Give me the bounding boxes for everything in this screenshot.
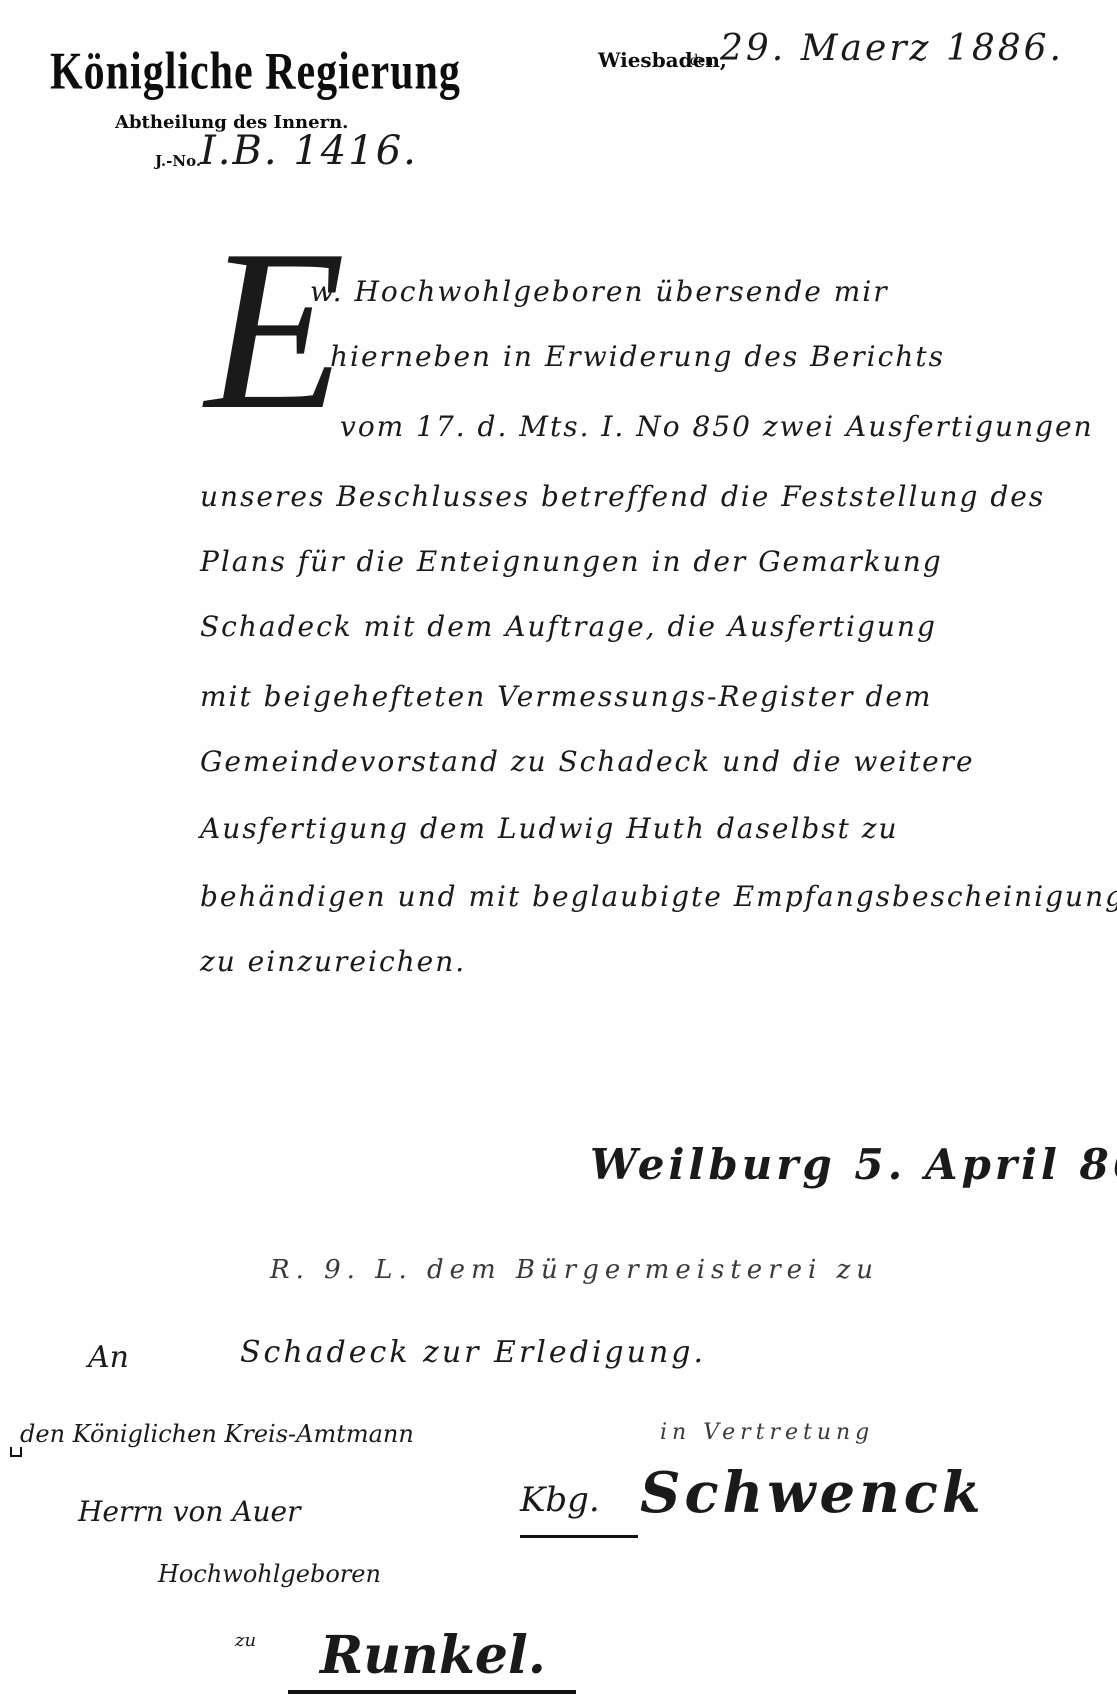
body-line: Gemeindevorstand zu Schadeck und die wei… — [200, 745, 975, 778]
journal-number: I.B. 1416. — [200, 128, 418, 174]
address-line: Herrn von Auer — [78, 1495, 301, 1528]
signature-prefix: Kbg. — [520, 1480, 600, 1520]
letter-date: 29. Maerz 1886. — [720, 28, 1064, 69]
address-prefix: An — [88, 1340, 129, 1375]
address-line: Hochwohlgeboren — [158, 1560, 381, 1588]
letterhead-title: Königliche Regierung — [50, 42, 461, 102]
body-line: mit beigehefteten Vermessungs-Register d… — [200, 680, 932, 713]
decorative-initial: E — [205, 215, 346, 445]
journal-label: J.-No. — [155, 152, 201, 170]
body-line: behändigen und mit beglaubigte Empfangsb… — [200, 880, 1117, 913]
address-line: den Königlichen Kreis-Amtmann — [20, 1420, 414, 1448]
body-line: hierneben in Erwiderung des Berichts — [330, 340, 945, 373]
date-label: den — [690, 52, 713, 70]
scan-artifact — [10, 1447, 22, 1457]
address-zu: zu — [235, 1630, 256, 1651]
body-line: Ausfertigung dem Ludwig Huth daselbst zu — [200, 812, 899, 845]
body-line: Plans für die Enteignungen in der Gemark… — [200, 545, 943, 578]
signature-name: Schwenck — [640, 1460, 985, 1526]
annotation-line: R. 9. L. dem Bürgermeisterei zu — [270, 1255, 879, 1285]
annotation-line: Schadeck zur Erledigung. — [240, 1335, 706, 1370]
place-underline — [288, 1690, 576, 1694]
signature-note: in Vertretung — [660, 1420, 874, 1445]
address-place: Runkel. — [320, 1625, 546, 1686]
body-line: Schadeck mit dem Auftrage, die Ausfertig… — [200, 610, 937, 643]
body-line: unseres Beschlusses betreffend die Fests… — [200, 480, 1045, 513]
body-line: w. Hochwohlgeboren übersende mir — [310, 275, 889, 308]
document-page: Königliche Regierung Abtheilung des Inne… — [0, 0, 1117, 1703]
body-line: zu einzureichen. — [200, 945, 466, 978]
annotation-header: Weilburg 5. April 86 — [590, 1140, 1117, 1189]
signature-prefix-underline — [520, 1535, 638, 1538]
body-line: vom 17. d. Mts. I. No 850 zwei Ausfertig… — [340, 410, 1094, 443]
